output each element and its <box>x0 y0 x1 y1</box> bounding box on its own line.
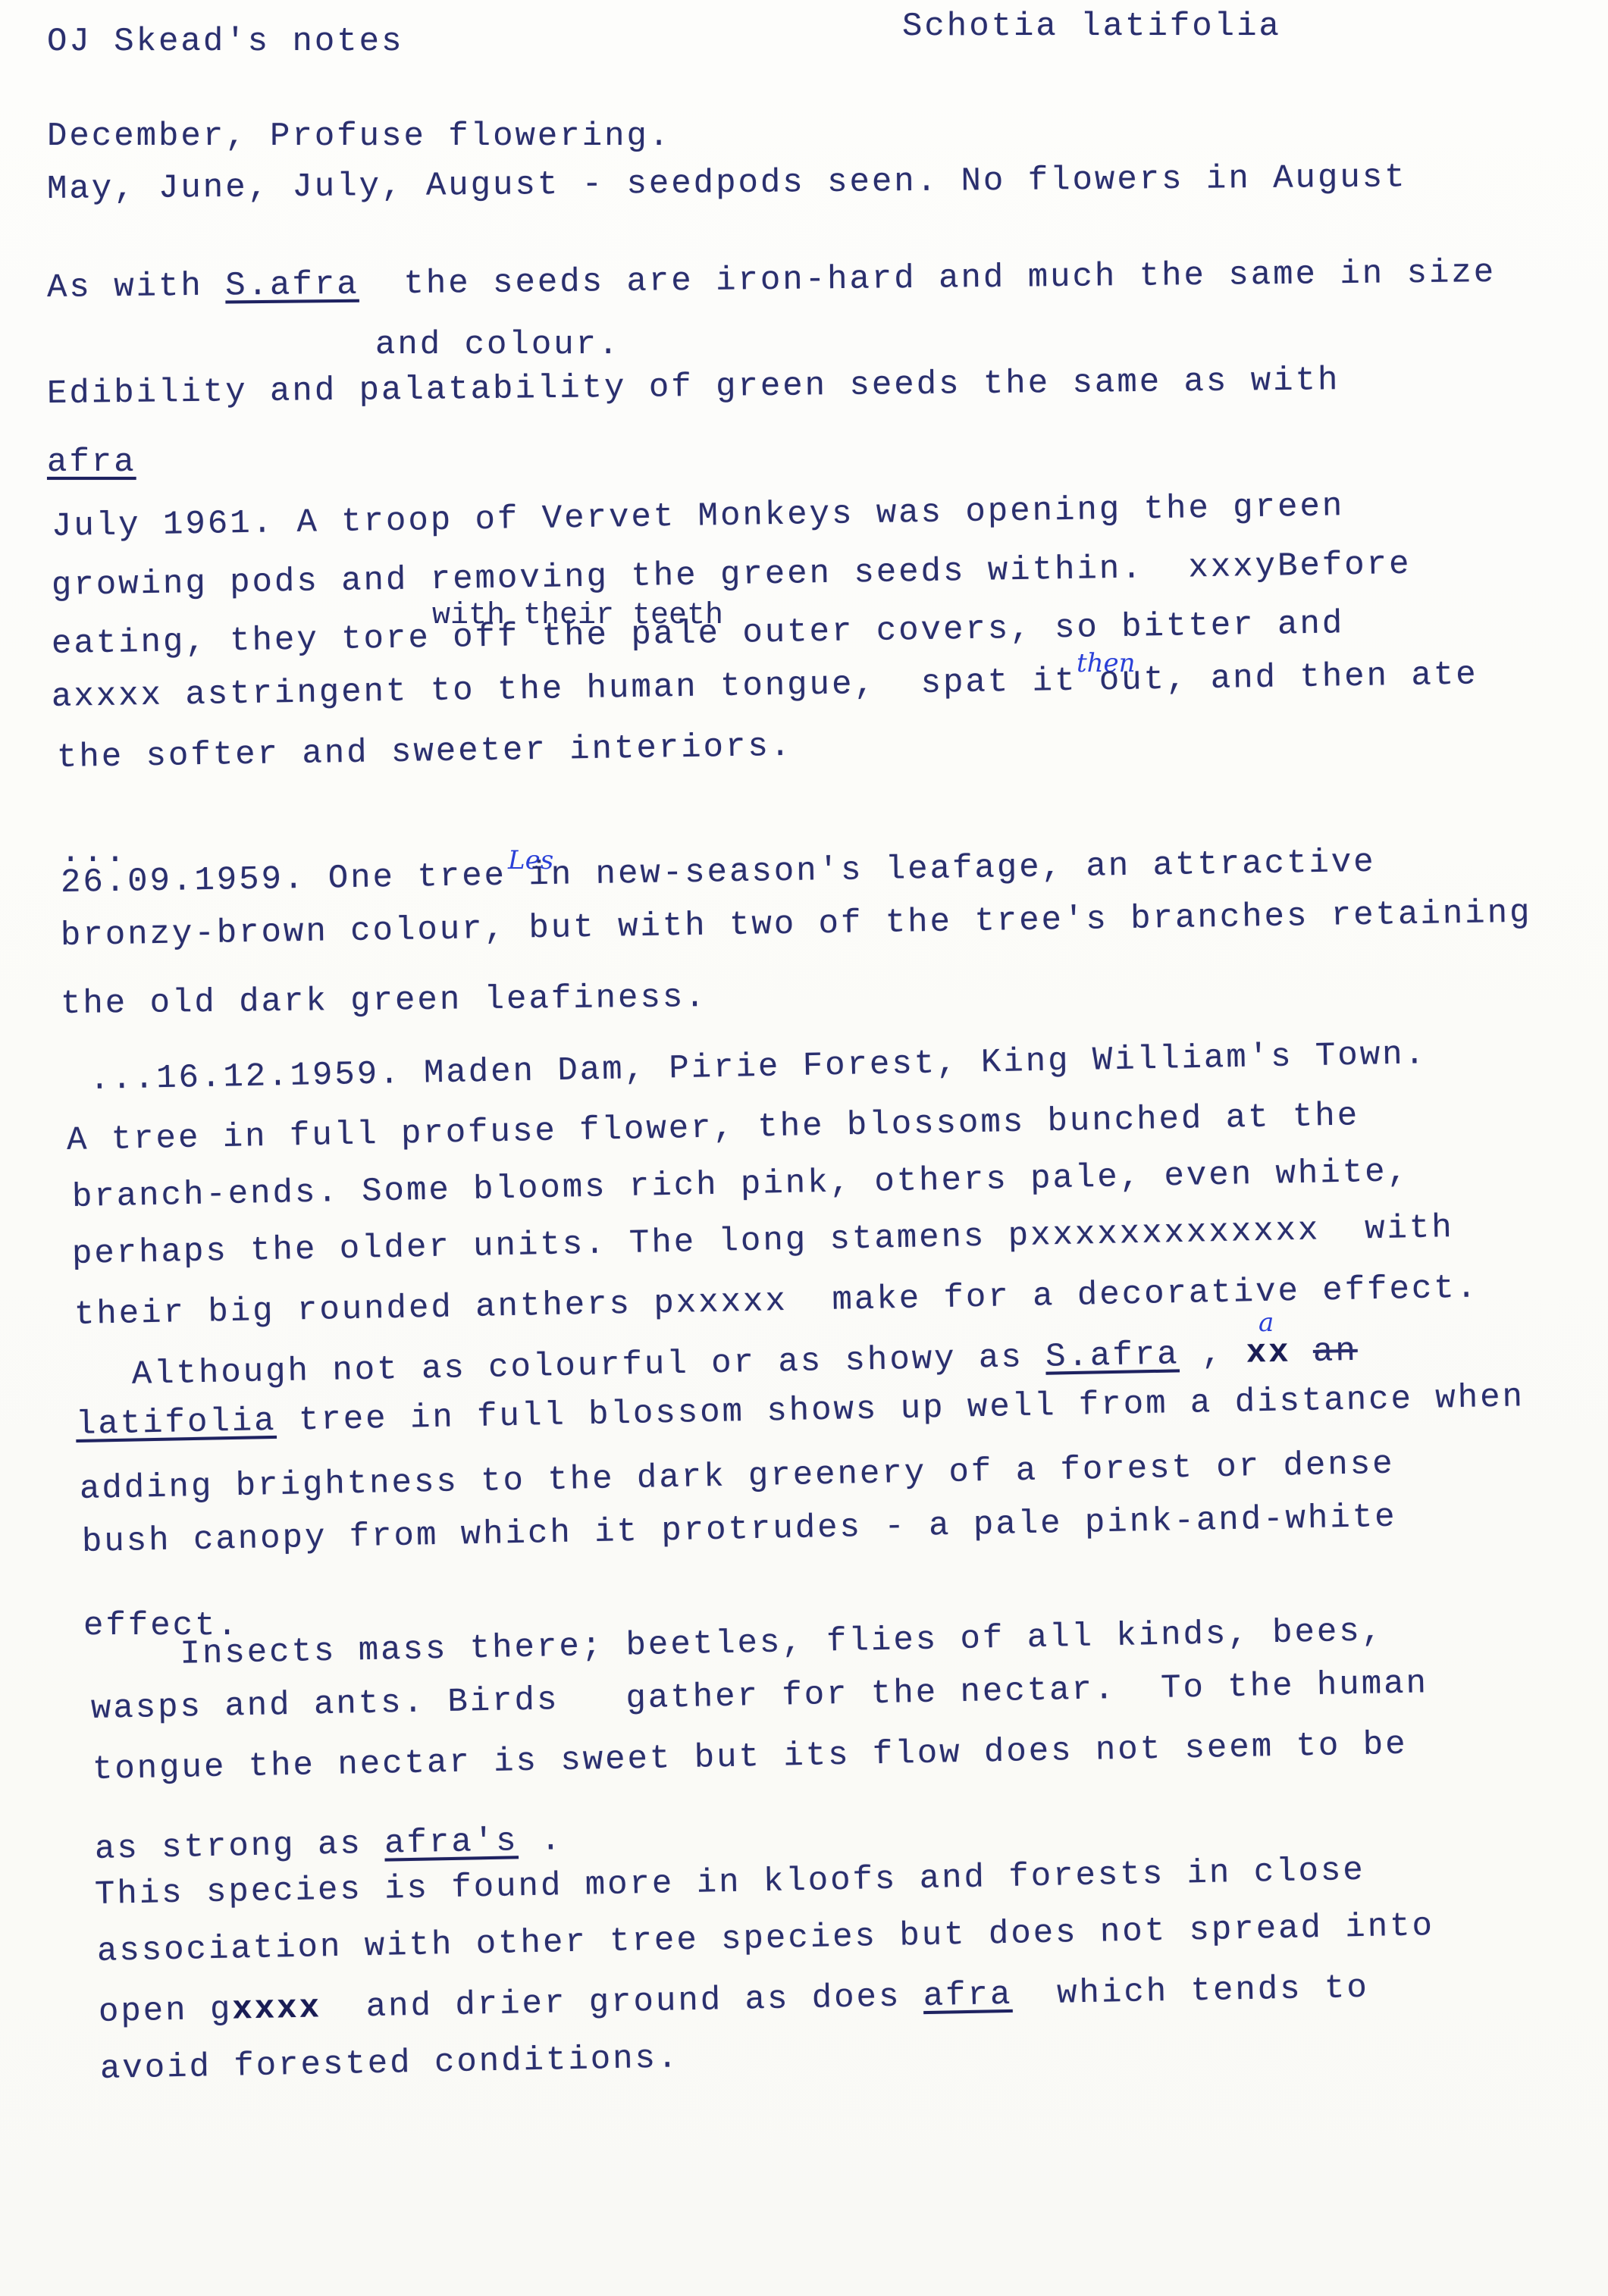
text-line: axxxx astringent to the human tongue, sp… <box>52 656 1478 716</box>
text-line: 26.09.1959. One tree in new-season's lea… <box>61 844 1376 902</box>
text-line: and colour. <box>375 326 620 364</box>
text-line: the softer and sweeter interiors. <box>57 728 793 777</box>
text-line: Edibility and palatability of green seed… <box>47 362 1340 413</box>
header-species: Schotia latifolia <box>902 8 1281 45</box>
text-line: wasps and ants. Birds gather for the nec… <box>91 1665 1429 1728</box>
text-line: As with S.afra the seeds are iron-hard a… <box>47 254 1497 307</box>
document-page: OJ Skead's notes Schotia latifolia Decem… <box>0 0 1608 2296</box>
text-line: Insects mass there; beetles, flies of al… <box>91 1612 1384 1675</box>
species-ref: latifolia <box>76 1402 277 1444</box>
species-ref: afra's <box>384 1822 519 1862</box>
text-line: branch-ends. Some blooms rich pink, othe… <box>72 1153 1410 1217</box>
text-line: bush canopy from which it protrudes - a … <box>82 1499 1397 1561</box>
text-line: perhaps the older units. The long stamen… <box>72 1209 1455 1273</box>
text-line: A tree in full profuse flower, the bloss… <box>67 1097 1360 1160</box>
text-line: tongue the nectar is sweet but its flow … <box>92 1726 1408 1789</box>
text-line: as strong as afra's . <box>95 1821 563 1868</box>
text-line: July 1961. A troop of Vervet Monkeys was… <box>52 487 1345 546</box>
text-line: avoid forested conditions. <box>100 2039 680 2088</box>
text-line: ...16.12.1959. Maden Dam, Pirie Forest, … <box>89 1035 1428 1099</box>
strikeout: xx <box>1246 1334 1291 1373</box>
text-line: bronzy-brown colour, but with two of the… <box>61 894 1532 955</box>
text-line: the old dark green leafiness. <box>61 979 707 1023</box>
species-ref: S.afra <box>225 266 359 305</box>
species-ref: afra <box>923 1976 1013 2016</box>
text-line: adding brightness to the dark greenery o… <box>80 1446 1395 1508</box>
text-line: open gxxxx and drier ground as does afra… <box>99 1969 1370 2031</box>
text-line: growing pods and removing the green seed… <box>52 546 1412 605</box>
text-line: December, Profuse flowering. <box>47 117 671 155</box>
header-author: OJ Skead's notes <box>47 23 403 61</box>
text-line: association with other tree species but … <box>97 1907 1435 1971</box>
species-ref: S.afra <box>1045 1336 1180 1376</box>
species-ref: afra <box>47 443 136 481</box>
strikeout: xxxx <box>232 1989 322 2028</box>
text-line: May, June, July, August - seedpods seen.… <box>47 158 1407 208</box>
